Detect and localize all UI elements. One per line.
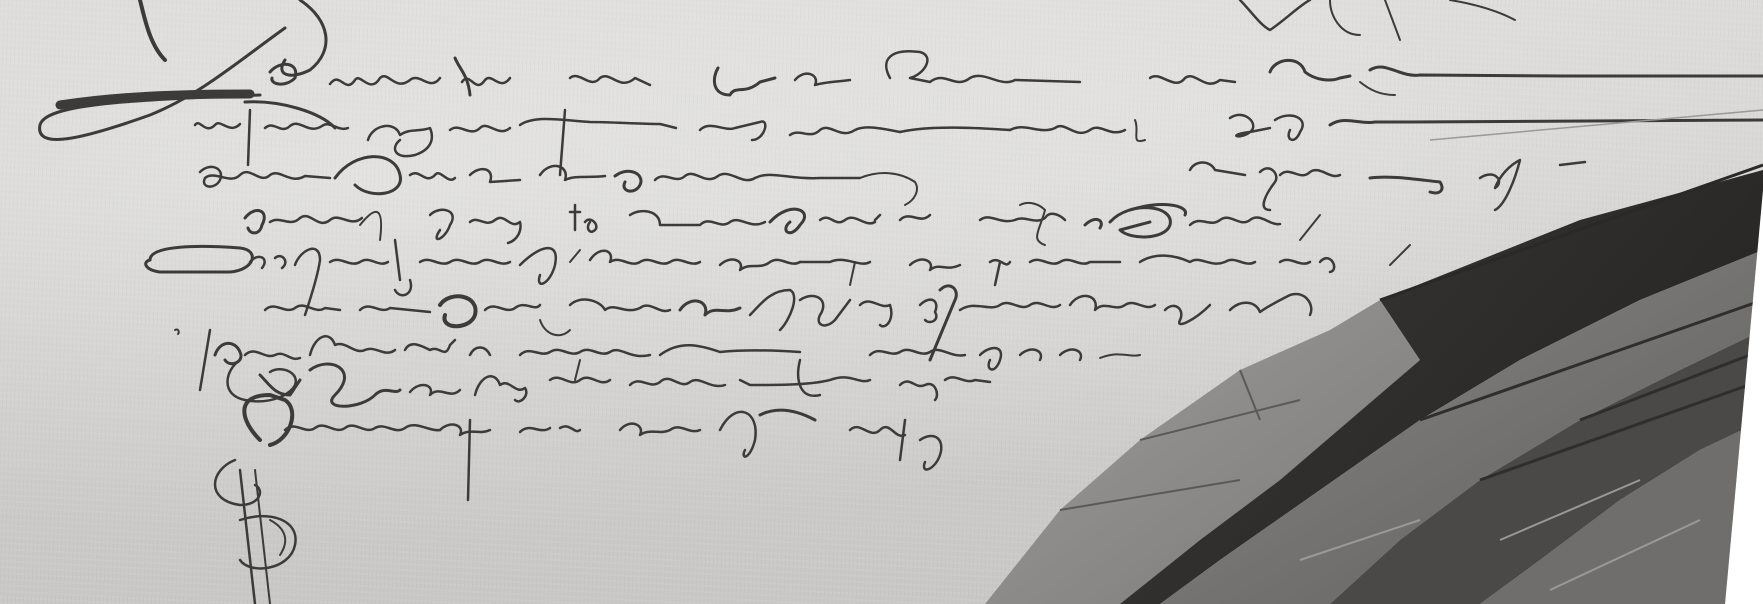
folded-paper-corner [0,0,1763,604]
manuscript-page: D quatorze ... del ... anno del ... Reyn… [0,0,1763,604]
